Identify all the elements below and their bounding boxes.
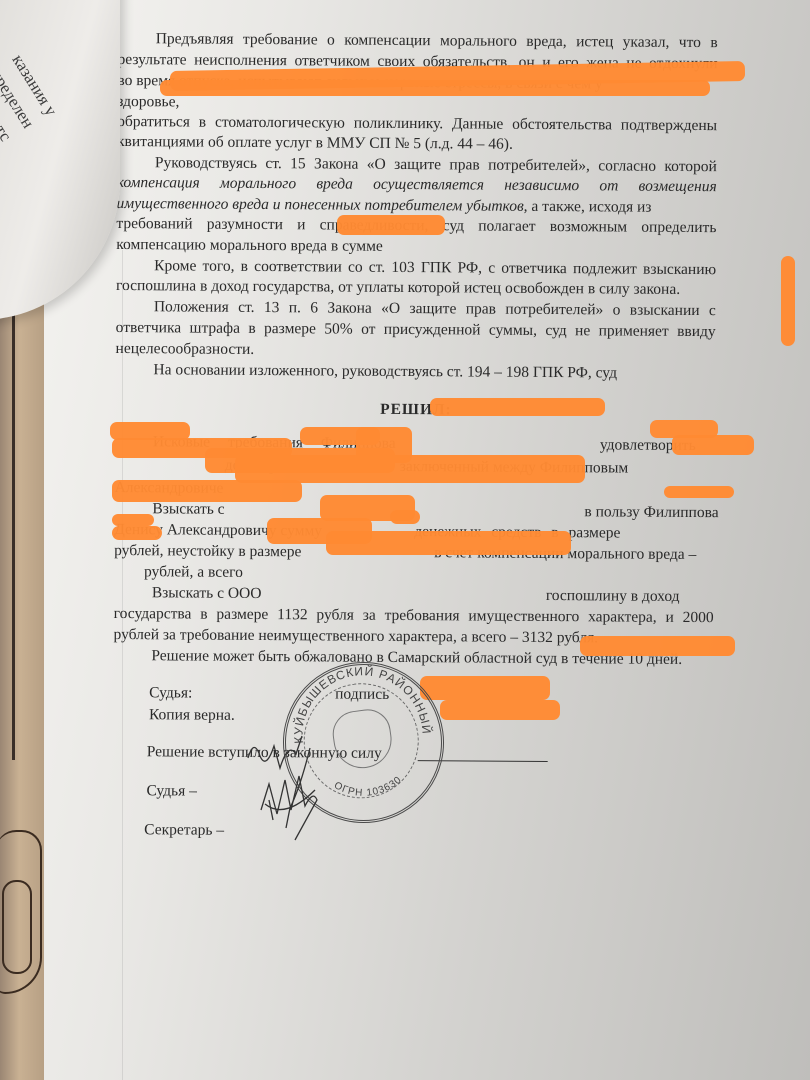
redaction-mark [781,256,795,346]
redaction-mark [664,486,734,498]
text-line: квитанциями об оплате услуг в ММУ СП № 5… [117,132,513,155]
judge-label: Судья: [149,683,192,703]
redaction-mark [580,636,735,656]
judge-dash-label: Судья – [146,781,197,801]
redaction-mark [326,531,571,555]
ornament-decoration [2,880,32,974]
text-line: госпошлина в доход государства, от уплат… [116,276,680,300]
text-line: ответчика штрафа в размере 50% от присуж… [116,318,716,342]
text-line: компенсация морального вреда осуществляе… [117,173,717,197]
text-line: рублей за требование неимущественного ха… [113,625,598,648]
text-line: нецелесообразности. [115,339,254,360]
redaction-mark [440,700,560,720]
text-line: Взыскать с [152,499,224,520]
text-line: госпошлину в доход [546,586,680,607]
text-line: рублей, неустойку в размере [114,541,301,562]
fold-line [122,250,123,1080]
text-line: в пользу Филиппова [584,502,718,523]
redaction-mark [420,676,550,700]
redaction-mark [112,514,154,526]
adjacent-page-text: казания у ь определен азчик обязуетс и О… [0,0,85,253]
secretary-signature [255,770,345,860]
redaction-mark [337,215,445,235]
background-stripe [12,300,15,760]
text-line: На основании изложенного, руководствуясь… [153,360,617,383]
text-line: рублей, а всего [144,562,243,583]
redaction-mark [390,510,420,524]
redaction-mark [235,455,585,483]
redaction-mark [672,435,754,455]
secretary-dash-label: Секретарь – [144,820,224,841]
text-italic: имущественного вреда и понесенных потреб… [117,195,524,215]
background-surface [0,300,48,1080]
text-line: Предъявляя требование о компенсации мора… [118,29,718,53]
redaction-mark [112,480,302,502]
redaction-mark [112,526,162,540]
text-line: Положения ст. 13 п. 6 Закона «О защите п… [116,297,716,321]
text-line: , а также, исходя из [524,198,652,216]
redaction-mark [160,80,710,96]
redaction-mark [430,398,605,416]
text-line: государства в размере 1132 рубля за треб… [114,604,714,628]
copy-true-label: Копия верна. [149,705,235,726]
text-line: Взыскать с ООО [152,583,262,604]
text-line: компенсацию морального вреда в сумме [116,235,383,257]
